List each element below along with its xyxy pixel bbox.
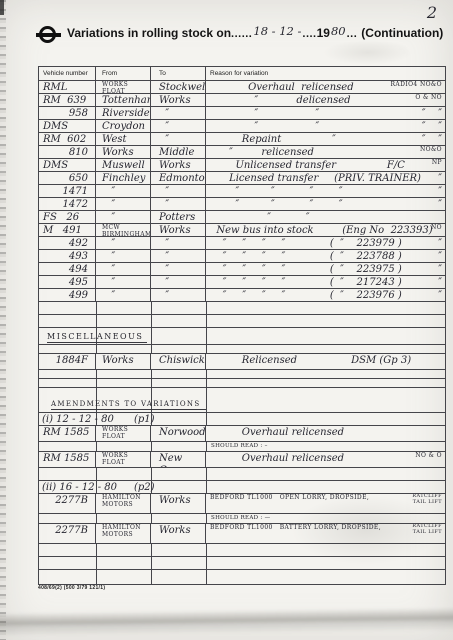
vehicle-number-cell: 495 (39, 276, 96, 288)
from-cell: ″ (96, 185, 151, 197)
amendment-page-ref: (p1) (134, 414, 155, 426)
blank-row (39, 370, 445, 379)
blank-row (39, 315, 445, 328)
blank-row (39, 345, 445, 354)
reason-cell: BEDFORD TL1000 BATTERY LORRY, DROPSIDE,R… (206, 524, 445, 543)
from-cell: Croydon (96, 120, 151, 132)
table-row: 1471 ″ ″ ″ ″ ″ ″″ (39, 185, 445, 198)
dotted-line: .... (302, 28, 316, 40)
reason-cell: Overhaul relicensed (206, 426, 445, 441)
table-row: FS 26 ″Potters Bar ″ ″ (39, 211, 445, 224)
page-number: 2 (427, 3, 437, 22)
to-cell: ″ (151, 185, 206, 197)
to-cell: Works (151, 159, 206, 171)
continuation-label: (Continuation) (361, 26, 443, 40)
vehicle-number-cell: 494 (39, 263, 96, 275)
to-cell: Works (151, 524, 206, 543)
from-cell: ″ (96, 211, 151, 223)
reason-text: ″ ″ ″ ″ ( ″ 223788 ) (210, 251, 443, 262)
reason-cell: ″ relicensedNO&O (206, 146, 445, 158)
to-cell: ″ (151, 107, 206, 119)
to-cell: Stockwell (151, 81, 206, 93)
margin-note: ″ (438, 238, 442, 249)
vehicle-number-cell: 492 (39, 237, 96, 249)
vehicle-number-cell: FS 26 (39, 211, 96, 223)
to-cell: Middle Row (151, 146, 206, 158)
margin-note: ″ ″ (422, 121, 442, 132)
should-read-row: SHOULD READ : — (39, 514, 445, 524)
margin-note: ″ ″ (422, 108, 442, 119)
table-row: 2277BHAMILTON MOTORSWorksBEDFORD TL1000 … (39, 494, 445, 514)
table-row: RM 602West Ham ″ Repaint ″″ ″ (39, 133, 445, 146)
section-heading-row: AMENDMENTS TO VARIATIONS (39, 388, 445, 413)
reason-text: ″ ″ ″ ″ (210, 199, 443, 210)
to-cell: Chiswick (151, 354, 206, 369)
margin-note: ″ (438, 186, 442, 197)
vehicle-number-cell: RM 1585 (39, 452, 96, 467)
from-cell: ″ (96, 250, 151, 262)
reason-text: ″ relicensed (210, 147, 443, 158)
column-header: To (151, 67, 206, 80)
margin-note: RATCLIFF TAIL LIFT (412, 524, 442, 536)
to-cell: ″ (151, 263, 206, 275)
column-header: Reason for variation (206, 67, 445, 80)
to-cell: New Cross (151, 452, 206, 467)
margin-note: ″ (438, 264, 442, 275)
from-cell: ″ (96, 289, 151, 301)
should-read-row: SHOULD READ : – (39, 442, 445, 452)
blank-row (39, 544, 445, 557)
dotted-line: ... (347, 28, 358, 40)
reason-text: ″ ″ ″ ″ ( ″ 217243 ) (210, 277, 443, 288)
table-row: 494 ″ ″ ″ ″ ″ ″ ( ″ 223975 )″ (39, 263, 445, 276)
from-cell: ″ (96, 198, 151, 210)
reason-cell: Overhaul relicensedNO & O (206, 452, 445, 467)
margin-note: RADIO4 NO&O (390, 82, 442, 89)
margin-note: O & NO (415, 95, 442, 102)
vehicle-number-cell: 2277B (39, 524, 96, 543)
table-row: 2277BHAMILTON MOTORSWorksBEDFORD TL1000 … (39, 524, 445, 544)
table-row: RM 1585WORKS FLOATNorwood Overhaul relic… (39, 426, 445, 442)
reason-text: BEDFORD TL1000 BATTERY LORRY, DROPSIDE, (210, 525, 443, 532)
reason-cell: ″ ″ ″ ″″ (206, 198, 445, 210)
margin-note: NO (431, 225, 442, 232)
form-reference-code: 408/69(2) (500 3/79 121/1) (38, 585, 105, 591)
margin-note: ″ ″ (422, 134, 442, 145)
from-cell: ″ (96, 263, 151, 275)
table-row: RM 1585WORKS FLOATNew Cross Overhaul rel… (39, 452, 445, 468)
from-cell: Muswell Hill (96, 159, 151, 171)
handwritten-year: 80 (330, 24, 347, 38)
vehicle-number-cell: 650 (39, 172, 96, 184)
margin-note: NO&O (420, 147, 442, 154)
table-header-row: Vehicle numberFromToReason for variation (39, 67, 445, 81)
table-row: 958Riverside ″ ″ ″″ ″ (39, 107, 445, 120)
from-cell: West Ham (96, 133, 151, 145)
should-read-label: SHOULD READ : — (211, 515, 270, 521)
reason-cell: ″ delicensedO & NO (206, 94, 445, 106)
table-row: 499 ″ ″ ″ ″ ″ ″ ( ″ 223976 )″ (39, 289, 445, 302)
vehicle-number-cell: 1884F (39, 354, 96, 369)
from-cell: HAMILTON MOTORS (96, 524, 151, 543)
vehicle-number-cell: RM 639 (39, 94, 96, 106)
vehicle-number-cell: 1472 (39, 198, 96, 210)
column-header: From (96, 67, 151, 80)
reason-text: Licensed transfer (PRIV. TRAINER) (210, 173, 443, 184)
to-cell: ″ (151, 133, 206, 145)
reason-text: ″ ″ ″ ″ ( ″ 223975 ) (210, 264, 443, 275)
column-header: Vehicle number (39, 67, 96, 80)
from-cell: MCW BIRMINGHAM (96, 224, 151, 236)
reason-cell: ″ ″ (206, 211, 445, 223)
reason-cell: ″ ″ ″ ″ ( ″ 217243 )″ (206, 276, 445, 288)
amendment-page-ref: (p2) (134, 482, 155, 494)
amendment-date: (i) 12 - 12 - 80 (42, 414, 114, 426)
to-cell: Works (151, 94, 206, 106)
london-transport-roundel-icon (36, 26, 61, 44)
vehicle-number-cell: DMS 1608 (39, 120, 96, 132)
scan-edge-noise (0, 0, 6, 640)
table-row: RM 639TottenhamWorks ″ delicensedO & NO (39, 94, 445, 107)
reason-text: Repaint ″ (210, 134, 443, 145)
reason-text: ″ ″ ″ ″ ( ″ 223976 ) (210, 290, 443, 301)
year-prefix: 19 (317, 26, 330, 40)
from-cell: ″ (96, 276, 151, 288)
table-row: 495 ″ ″ ″ ″ ″ ″ ( ″ 217243 )″ (39, 276, 445, 289)
table-row: DMS 1608Croydon ″ ″ ″″ ″ (39, 120, 445, 133)
table-row: 810WorksMiddle Row ″ relicensedNO&O (39, 146, 445, 159)
from-cell: Riverside (96, 107, 151, 119)
from-cell: Works (96, 146, 151, 158)
table-row: DMS 1601Muswell HillWorks Unlicensed tra… (39, 159, 445, 172)
table-row: 1472 ″ ″ ″ ″ ″ ″″ (39, 198, 445, 211)
reason-text: Unlicensed transfer F/C (210, 160, 443, 171)
margin-note: ″ (438, 290, 442, 301)
reason-cell: New bus into stock (Eng No 223393)NO (206, 224, 445, 236)
variations-table: Vehicle numberFromToReason for variation… (38, 66, 446, 585)
dotted-line: ...... (231, 28, 252, 40)
reason-cell: ″ ″″ ″ (206, 120, 445, 132)
reason-text: ″ delicensed (210, 95, 443, 106)
scan-bottom-shadow (0, 607, 453, 637)
reason-cell: ″ ″″ ″ (206, 107, 445, 119)
from-cell: HAMILTON MOTORS (96, 494, 151, 513)
reason-cell: ″ ″ ″ ″ ( ″ 223976 )″ (206, 289, 445, 301)
vehicle-number-cell: 2277B (39, 494, 96, 513)
vehicle-number-cell: 499 (39, 289, 96, 301)
vehicle-number-cell: M 491 (39, 224, 96, 236)
handwritten-date: 18 - 12 - (252, 24, 302, 38)
reason-text: ″ ″ (210, 121, 443, 132)
reason-text: Overhaul relicensed (210, 427, 443, 439)
from-cell: WORKS FLOAT (96, 426, 151, 441)
reason-text: ″ ″ (210, 212, 443, 223)
section-heading: MISCELLANEOUS (47, 332, 147, 343)
margin-note: ″ (438, 173, 442, 184)
margin-note: NP (432, 160, 442, 167)
table-row: 650FinchleyEdmonton Licensed transfer (P… (39, 172, 445, 185)
blank-row (39, 468, 445, 481)
reason-cell: ″ ″ ″ ″ ( ″ 223975 )″ (206, 263, 445, 275)
scanned-document-page: 2 Variations in rolling stock on ...... … (0, 0, 453, 640)
reason-cell: BEDFORD TL1000 OPEN LORRY, DROPSIDE,RATC… (206, 494, 445, 513)
vehicle-number-cell: 493 (39, 250, 96, 262)
blank-row (39, 557, 445, 570)
margin-note: ″ (438, 251, 442, 262)
to-cell: ″ (151, 198, 206, 210)
blank-row (39, 379, 445, 388)
amendment-date-row: (ii) 16 - 12 - 80(p2) (39, 481, 445, 494)
reason-text: ″ ″ ″ ″ ( ″ 223979 ) (210, 238, 443, 249)
section-heading: AMENDMENTS TO VARIATIONS (51, 400, 206, 410)
from-cell: WORKS FLOAT (96, 81, 151, 93)
reason-text: Relicensed DSM (Gp 3) (210, 355, 443, 367)
table-row: 1884FWorksChiswick Relicensed DSM (Gp 3) (39, 354, 445, 370)
from-cell: WORKS FLOAT (96, 452, 151, 467)
reason-cell: ″ ″ ″ ″ ( ″ 223788 )″ (206, 250, 445, 262)
scan-corner-mark (0, 0, 4, 15)
to-cell: ″ (151, 289, 206, 301)
reason-cell: Repaint ″″ ″ (206, 133, 445, 145)
vehicle-number-cell: DMS 1601 (39, 159, 96, 171)
reason-cell: ″ ″ ″ ″ ( ″ 223979 )″ (206, 237, 445, 249)
to-cell: Norwood (151, 426, 206, 441)
margin-note: NO & O (415, 453, 442, 460)
reason-text: New bus into stock (Eng No 223393) (210, 225, 443, 236)
table-row: M 491MCW BIRMINGHAMWorks New bus into st… (39, 224, 445, 237)
table-row: 493 ″ ″ ″ ″ ″ ″ ( ″ 223788 )″ (39, 250, 445, 263)
vehicle-number-cell: 810 (39, 146, 96, 158)
margin-note: ″ (438, 199, 442, 210)
to-cell: Potters Bar (151, 211, 206, 223)
reason-text: BEDFORD TL1000 OPEN LORRY, DROPSIDE, (210, 495, 443, 502)
should-read-label: SHOULD READ : – (211, 443, 268, 449)
from-cell: Works (96, 354, 151, 369)
vehicle-number-cell: RM 602 (39, 133, 96, 145)
table-row: 492 ″ ″ ″ ″ ″ ″ ( ″ 223979 )″ (39, 237, 445, 250)
vehicle-number-cell: RML 2588 (39, 81, 96, 93)
reason-cell: Licensed transfer (PRIV. TRAINER)″ (206, 172, 445, 184)
to-cell: Works (151, 224, 206, 236)
margin-note: RATCLIFF TAIL LIFT (412, 494, 442, 506)
amendment-date-row: (i) 12 - 12 - 80(p1) (39, 413, 445, 426)
form-header: Variations in rolling stock on ...... 18… (36, 26, 451, 44)
to-cell: ″ (151, 276, 206, 288)
form-title: Variations in rolling stock on (67, 26, 231, 40)
vehicle-number-cell: RM 1585 (39, 426, 96, 441)
reason-text: Overhaul relicensed (210, 453, 443, 465)
table-row: RML 2588WORKS FLOATStockwell Overhaul re… (39, 81, 445, 94)
to-cell: ″ (151, 237, 206, 249)
to-cell: Edmonton (151, 172, 206, 184)
margin-note: ″ (438, 277, 442, 288)
from-cell: Tottenham (96, 94, 151, 106)
from-cell: ″ (96, 237, 151, 249)
reason-cell: ″ ″ ″ ″″ (206, 185, 445, 197)
reason-text: ″ ″ ″ ″ (210, 186, 443, 197)
reason-cell: Relicensed DSM (Gp 3) (206, 354, 445, 369)
to-cell: ″ (151, 120, 206, 132)
section-heading-row: MISCELLANEOUS (39, 328, 445, 345)
reason-cell: Overhaul relicensedRADIO4 NO&O (206, 81, 445, 93)
reason-cell: Unlicensed transfer F/CNP (206, 159, 445, 171)
reason-text: ″ ″ (210, 108, 443, 119)
vehicle-number-cell: 1471 (39, 185, 96, 197)
blank-row (39, 302, 445, 315)
to-cell: ″ (151, 250, 206, 262)
vehicle-number-cell: 958 (39, 107, 96, 119)
amendment-date: (ii) 16 - 12 - 80 (42, 482, 117, 494)
blank-row (39, 570, 445, 585)
from-cell: Finchley (96, 172, 151, 184)
to-cell: Works (151, 494, 206, 513)
